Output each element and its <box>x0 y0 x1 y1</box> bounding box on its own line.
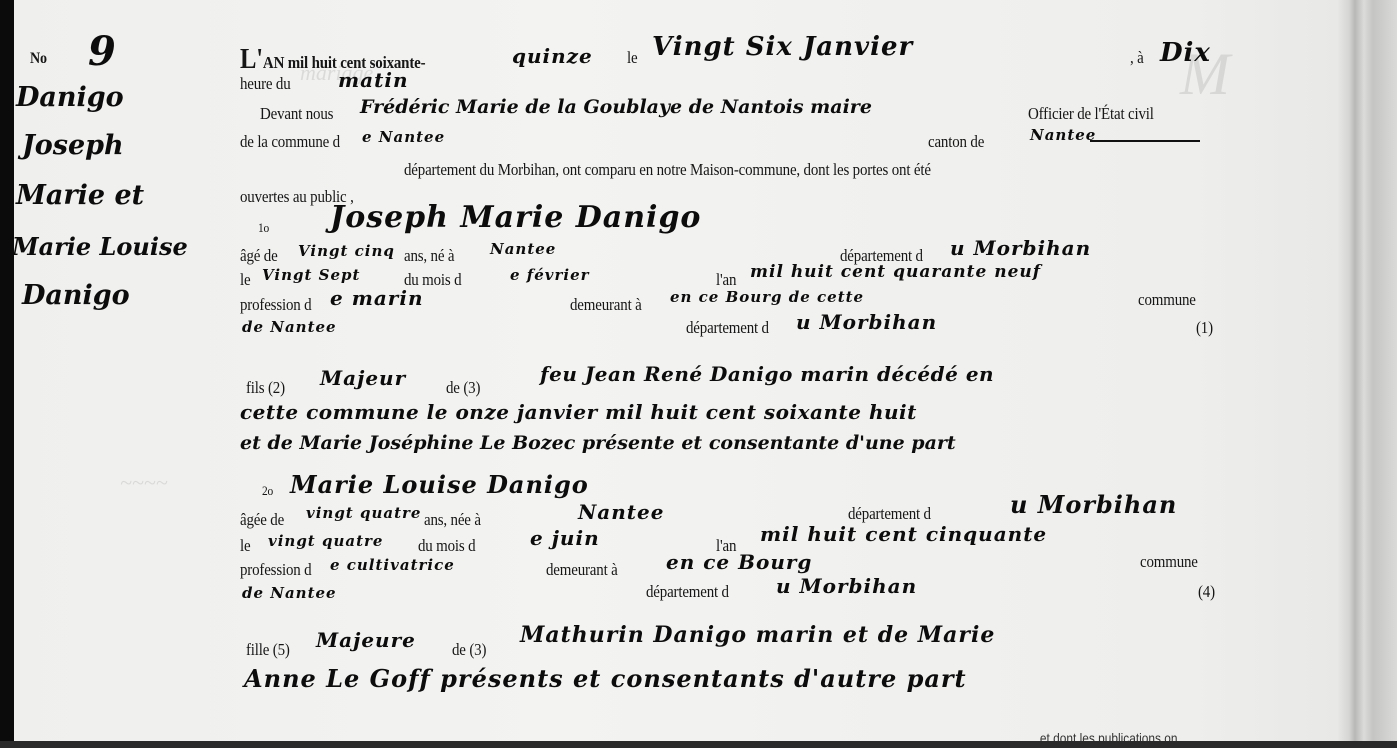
bride-profession-label: profession d <box>240 560 311 580</box>
margin-line-2: Joseph <box>22 130 124 161</box>
printed-canton: canton de <box>928 132 984 152</box>
groom-dept2: u Morbihan <box>796 310 937 334</box>
groom-de-label: de (3) <box>446 378 480 398</box>
groom-name: Joseph Marie Danigo <box>330 200 701 235</box>
bleed-through-text: ~~~~ <box>120 470 168 496</box>
groom-parents-line-3: et de Marie Joséphine Le Bozec présente … <box>240 432 956 454</box>
groom-parents-line-2: cette commune le onze janvier mil huit c… <box>240 400 917 424</box>
bride-age-label: âgée de <box>240 510 284 530</box>
hand-officer: Frédéric Marie de la Goublaye de Nantois… <box>360 96 872 118</box>
underline-stroke <box>1090 140 1200 142</box>
bride-dept-label: département d <box>848 504 931 524</box>
groom-month: e février <box>510 266 590 284</box>
hand-commune: e Nantee <box>362 128 445 146</box>
groom-dept2-label: département d <box>686 318 769 338</box>
bride-born-label: ans, née à <box>424 510 481 530</box>
groom-residence-label: demeurant à <box>570 295 642 315</box>
groom-dept: u Morbihan <box>950 236 1091 260</box>
printed-devant-nous: Devant nous <box>260 104 333 124</box>
bride-age: vingt quatre <box>306 504 421 522</box>
bride-de-label: de (3) <box>452 640 486 660</box>
bride-residence: en ce Bourg <box>666 550 812 574</box>
page-binding-edge <box>1337 0 1397 741</box>
bride-profession: e cultivatrice <box>330 556 455 574</box>
margin-line-4: Marie Louise <box>12 232 188 261</box>
groom-residence: en ce Bourg de cette <box>670 288 864 306</box>
bride-dept: u Morbihan <box>1010 490 1177 519</box>
groom-age: Vingt cinq <box>298 242 395 260</box>
bride-dept2-label: département d <box>646 582 729 602</box>
groom-year-label: l'an <box>716 270 736 290</box>
bride-dept2: u Morbihan <box>776 574 917 598</box>
groom-born-label: ans, né à <box>404 246 454 266</box>
margin-line-1: Danigo <box>16 82 124 113</box>
groom-note-ref: (1) <box>1196 318 1213 338</box>
bride-year: mil huit cent cinquante <box>760 522 1047 546</box>
record-number: 9 <box>88 28 117 75</box>
groom-commune-label: commune <box>1138 290 1196 310</box>
bride-commune: de Nantee <box>242 584 337 602</box>
margin-line-3: Marie et <box>16 180 144 211</box>
printed-departement-line: département du Morbihan, ont comparu en … <box>404 160 931 180</box>
hand-period: matin <box>338 68 409 92</box>
register-page: mariage M ~~~~ No 9 Danigo Joseph Marie … <box>0 0 1397 741</box>
printed-le: le <box>627 48 637 68</box>
printed-commune: de la commune d <box>240 132 340 152</box>
hand-year: quinze <box>512 44 593 68</box>
bride-residence-label: demeurant à <box>546 560 618 580</box>
printed-a: , à <box>1130 48 1144 68</box>
groom-status: Majeur <box>320 366 406 390</box>
bride-month: e juin <box>530 526 600 550</box>
hand-canton: Nantee <box>1030 126 1096 144</box>
groom-commune: de Nantee <box>242 318 337 336</box>
groom-profession-label: profession d <box>240 295 311 315</box>
record-number-label: No <box>30 50 47 68</box>
fille-label: fille (5) <box>246 640 290 660</box>
bride-month-label: du mois d <box>418 536 475 556</box>
hand-date: Vingt Six Janvier <box>652 32 913 62</box>
fils-label: fils (2) <box>246 378 285 398</box>
scan-left-border <box>0 0 14 741</box>
groom-birthplace: Nantee <box>490 240 556 258</box>
groom-age-label: âgé de <box>240 246 278 266</box>
bride-day-label: le <box>240 536 250 556</box>
bride-parents-line-1: Mathurin Danigo marin et de Marie <box>520 622 995 648</box>
bride-parents-line-2: Anne Le Goff présents et consentants d'a… <box>244 664 967 693</box>
printed-officier: Officier de l'État civil <box>1028 104 1154 124</box>
bride-status: Majeure <box>316 628 416 652</box>
bride-day: vingt quatre <box>268 532 383 550</box>
groom-year: mil huit cent quarante neuf <box>750 262 1041 282</box>
bride-birthplace: Nantee <box>578 500 664 524</box>
groom-ordinal: 1o <box>258 220 269 236</box>
printed-heure-du: heure du <box>240 74 291 94</box>
scan-bottom-border <box>0 741 1397 748</box>
groom-day-label: le <box>240 270 250 290</box>
margin-line-5: Danigo <box>22 280 130 311</box>
hand-hour: Dix <box>1160 38 1211 68</box>
groom-day: Vingt Sept <box>262 266 360 284</box>
groom-parents-line-1: feu Jean René Danigo marin décédé en <box>540 362 994 386</box>
bride-ordinal: 2o <box>262 483 273 499</box>
groom-profession: e marin <box>330 286 423 310</box>
bride-note-ref: (4) <box>1198 582 1215 602</box>
bride-commune-label: commune <box>1140 552 1198 572</box>
bride-name: Marie Louise Danigo <box>290 470 589 499</box>
footer-partial-text: ...et dont les publications on <box>1030 730 1178 741</box>
